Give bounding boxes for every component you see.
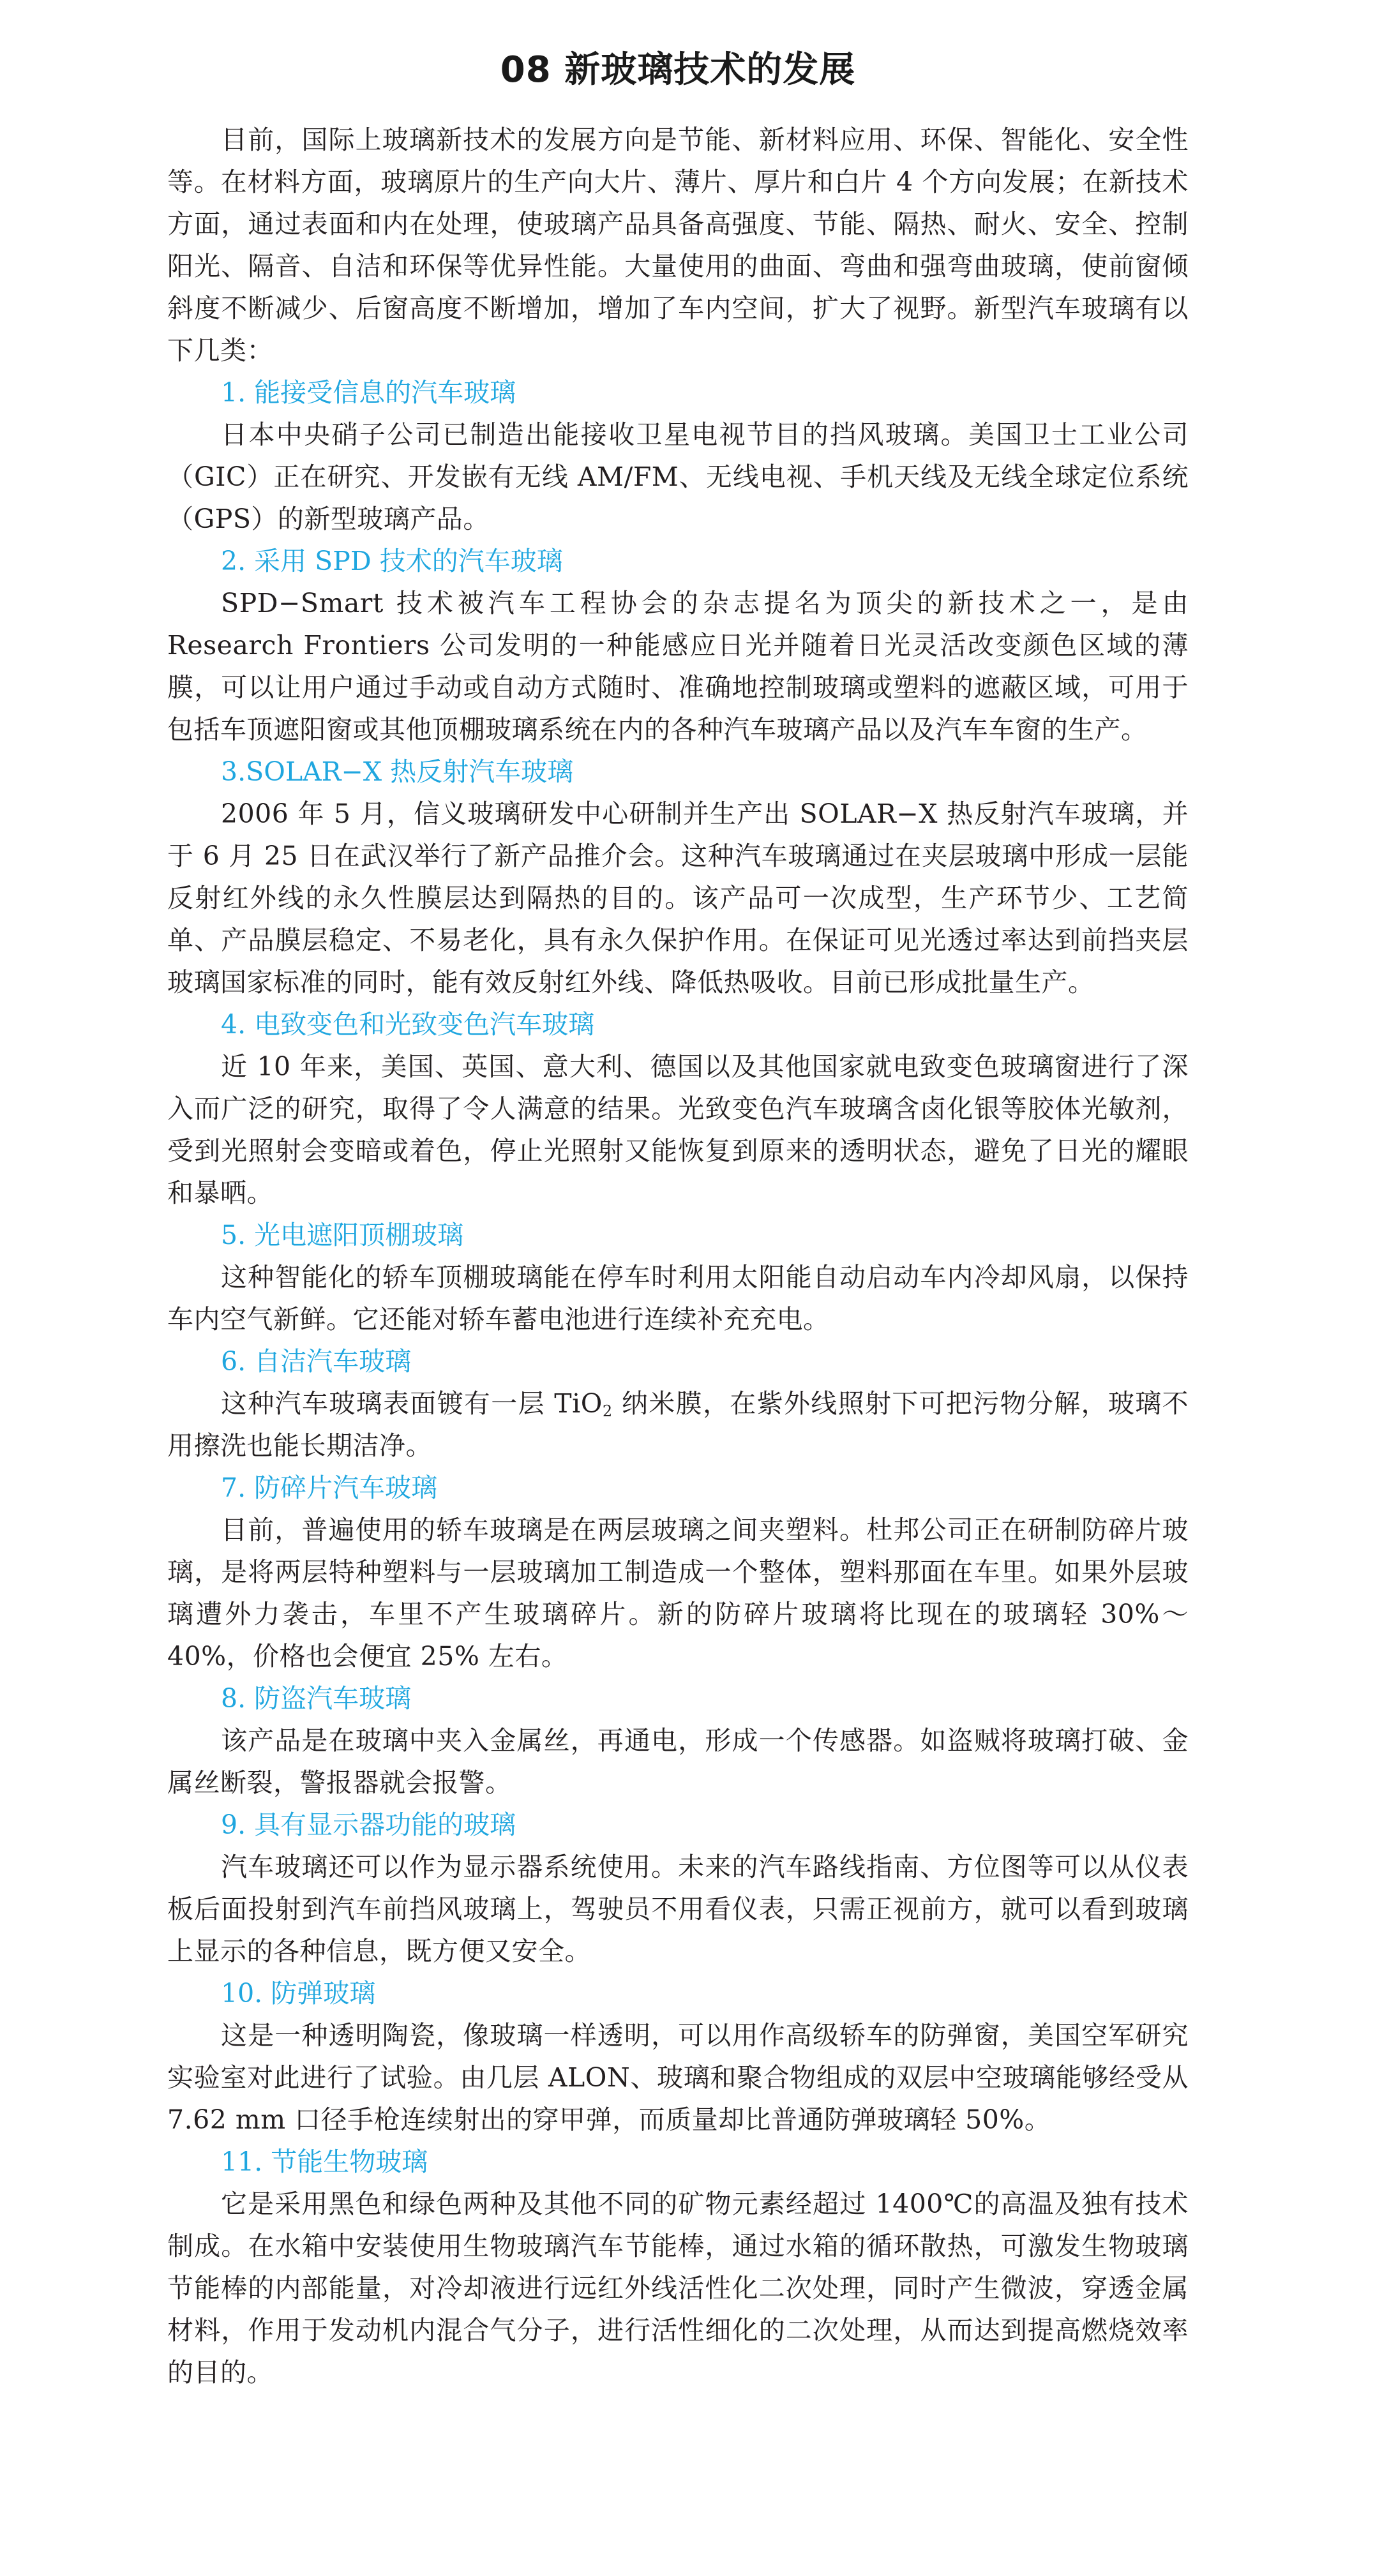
section-body: 它是采用黑色和绿色两种及其他不同的矿物元素经超过 1400℃的高温及独有技术制成…: [167, 2183, 1189, 2393]
section-solar-x-glass: 3.SOLAR−X 热反射汽车玻璃 2006 年 5 月，信义玻璃研发中心研制并…: [167, 751, 1189, 1003]
section-display-glass: 9. 具有显示器功能的玻璃 汽车玻璃还可以作为显示器系统使用。未来的汽车路线指南…: [167, 1804, 1189, 1972]
section-body: 汽车玻璃还可以作为显示器系统使用。未来的汽车路线指南、方位图等可以从仪表板后面投…: [167, 1846, 1189, 1972]
section-spd-glass: 2. 采用 SPD 技术的汽车玻璃 SPD−Smart 技术被汽车工程协会的杂志…: [167, 540, 1189, 751]
section-heading: 8. 防盗汽车玻璃: [167, 1677, 1189, 1719]
section-body: 目前，普遍使用的轿车玻璃是在两层玻璃之间夹塑料。杜邦公司正在研制防碎片玻璃，是将…: [167, 1509, 1189, 1677]
section-anti-shatter-glass: 7. 防碎片汽车玻璃 目前，普遍使用的轿车玻璃是在两层玻璃之间夹塑料。杜邦公司正…: [167, 1467, 1189, 1677]
section-heading: 9. 具有显示器功能的玻璃: [167, 1804, 1189, 1846]
section-heading: 6. 自洁汽车玻璃: [167, 1340, 1189, 1382]
section-chromic-glass: 4. 电致变色和光致变色汽车玻璃 近 10 年来，美国、英国、意大利、德国以及其…: [167, 1003, 1189, 1214]
section-heading: 1. 能接受信息的汽车玻璃: [167, 371, 1189, 414]
section-body: SPD−Smart 技术被汽车工程协会的杂志提名为顶尖的新技术之一，是由 Res…: [167, 582, 1189, 751]
section-solar-roof-glass: 5. 光电遮阳顶棚玻璃 这种智能化的轿车顶棚玻璃能在停车时利用太阳能自动启动车内…: [167, 1214, 1189, 1340]
section-body: 这种智能化的轿车顶棚玻璃能在停车时利用太阳能自动启动车内冷却风扇，以保持车内空气…: [167, 1256, 1189, 1340]
section-bio-glass: 11. 节能生物玻璃 它是采用黑色和绿色两种及其他不同的矿物元素经超过 1400…: [167, 2141, 1189, 2393]
section-body: 日本中央硝子公司已制造出能接收卫星电视节目的挡风玻璃。美国卫士工业公司（GIC）…: [167, 414, 1189, 540]
body-text: 这种汽车玻璃表面镀有一层 TiO: [221, 1388, 603, 1419]
section-anti-theft-glass: 8. 防盗汽车玻璃 该产品是在玻璃中夹入金属丝，再通电，形成一个传感器。如盗贼将…: [167, 1677, 1189, 1804]
subscript: 2: [603, 1402, 613, 1420]
section-heading: 5. 光电遮阳顶棚玻璃: [167, 1214, 1189, 1256]
section-heading: 3.SOLAR−X 热反射汽车玻璃: [167, 751, 1189, 793]
section-info-receiving-glass: 1. 能接受信息的汽车玻璃 日本中央硝子公司已制造出能接收卫星电视节目的挡风玻璃…: [167, 371, 1189, 540]
section-body: 2006 年 5 月，信义玻璃研发中心研制并生产出 SOLAR−X 热反射汽车玻…: [167, 793, 1189, 1003]
document-page: 08 新玻璃技术的发展 目前，国际上玻璃新技术的发展方向是节能、新材料应用、环保…: [167, 45, 1189, 2393]
page-title: 08 新玻璃技术的发展: [167, 45, 1189, 96]
intro-paragraph: 目前，国际上玻璃新技术的发展方向是节能、新材料应用、环保、智能化、安全性等。在材…: [167, 119, 1189, 371]
section-heading: 4. 电致变色和光致变色汽车玻璃: [167, 1003, 1189, 1045]
section-heading: 11. 节能生物玻璃: [167, 2141, 1189, 2183]
section-heading: 7. 防碎片汽车玻璃: [167, 1467, 1189, 1509]
section-bulletproof-glass: 10. 防弹玻璃 这是一种透明陶瓷，像玻璃一样透明，可以用作高级轿车的防弹窗，美…: [167, 1972, 1189, 2141]
section-heading: 2. 采用 SPD 技术的汽车玻璃: [167, 540, 1189, 582]
section-body: 该产品是在玻璃中夹入金属丝，再通电，形成一个传感器。如盗贼将玻璃打破、金属丝断裂…: [167, 1719, 1189, 1804]
section-self-cleaning-glass: 6. 自洁汽车玻璃 这种汽车玻璃表面镀有一层 TiO2 纳米膜，在紫外线照射下可…: [167, 1340, 1189, 1467]
section-heading: 10. 防弹玻璃: [167, 1972, 1189, 2014]
section-body: 这是一种透明陶瓷，像玻璃一样透明，可以用作高级轿车的防弹窗，美国空军研究实验室对…: [167, 2014, 1189, 2141]
section-body: 近 10 年来，美国、英国、意大利、德国以及其他国家就电致变色玻璃窗进行了深入而…: [167, 1045, 1189, 1214]
section-body: 这种汽车玻璃表面镀有一层 TiO2 纳米膜，在紫外线照射下可把污物分解，玻璃不用…: [167, 1382, 1189, 1467]
